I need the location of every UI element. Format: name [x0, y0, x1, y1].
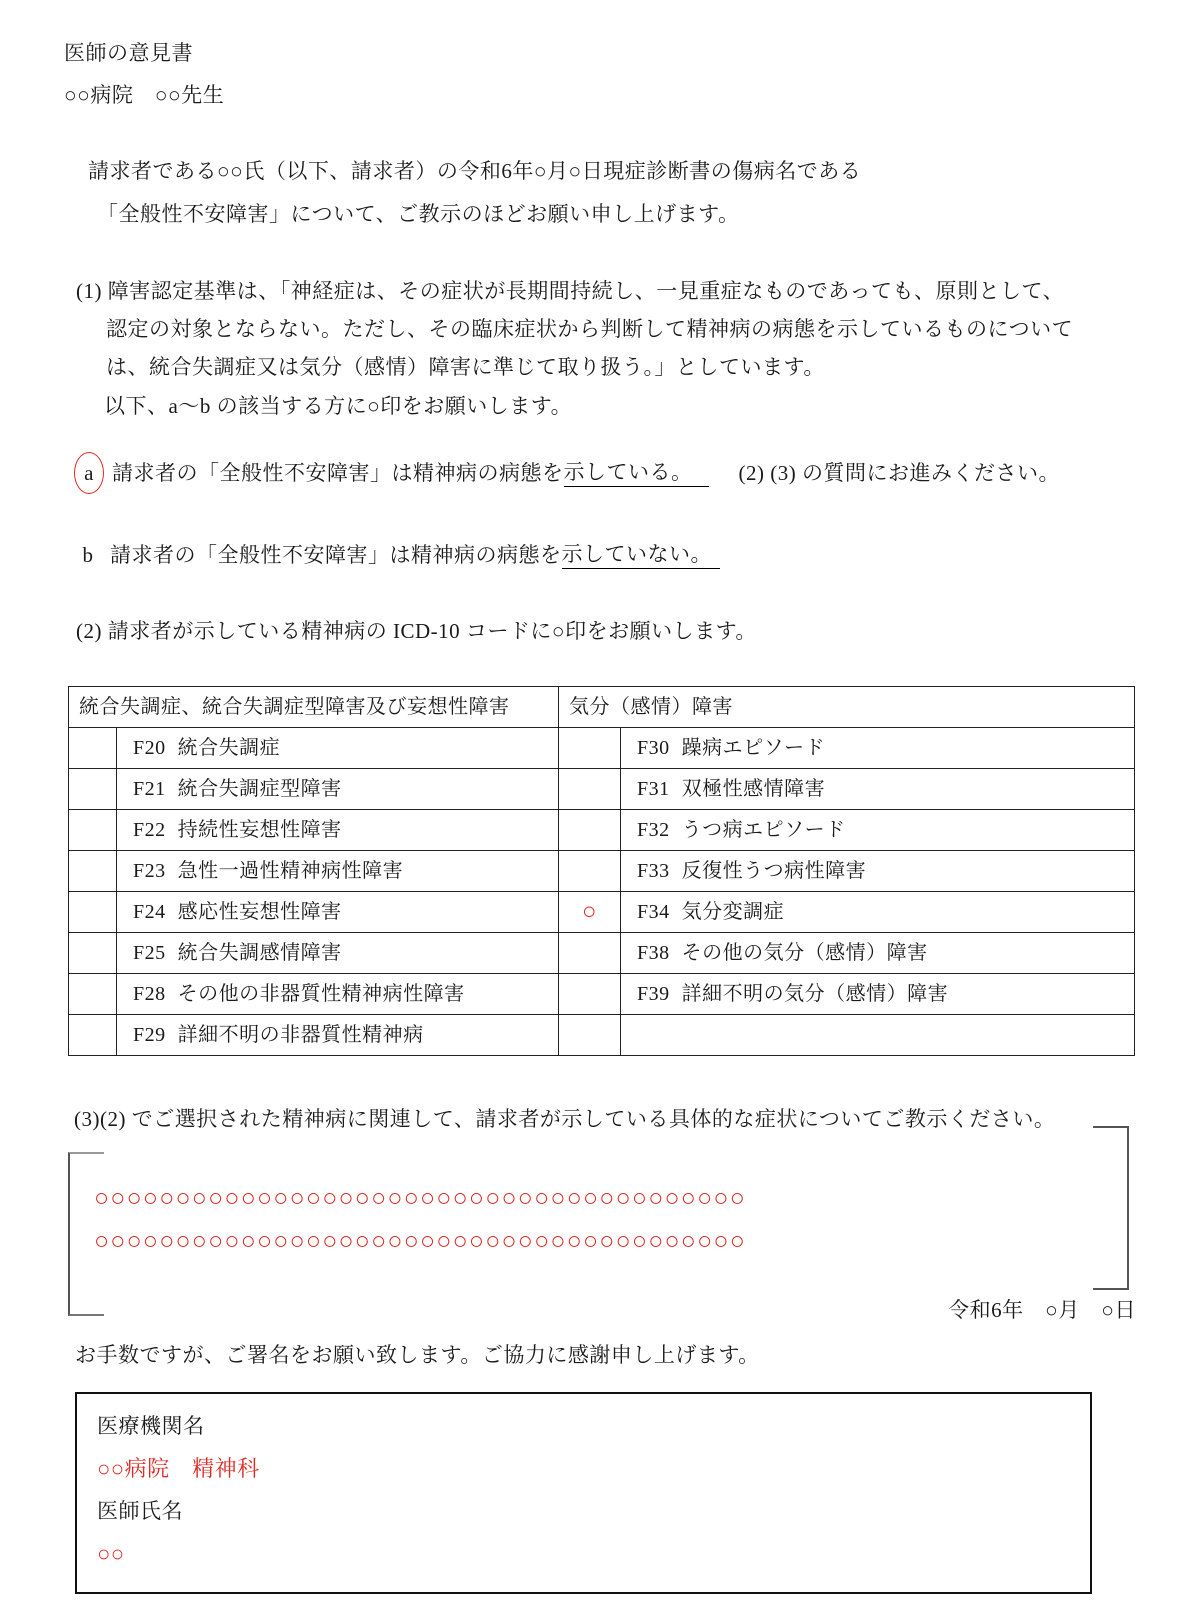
doctor-label: 医師氏名 [97, 1501, 1070, 1522]
page-title: 医師の意見書 [64, 40, 193, 66]
check-cell[interactable] [69, 892, 117, 933]
icd-name: 統合失調症型障害 [178, 778, 342, 800]
org-value[interactable]: ○○病院 精神科 [97, 1458, 1070, 1480]
icd-name: うつ病エピソード [682, 819, 846, 841]
question-3-line: (3)(2) でご選択された精神病に関連して、請求者が示している具体的な症状につ… [74, 1106, 1055, 1132]
question-2-line: (2) 請求者が示している精神病の ICD-10 コードに○印をお願いします。 [76, 618, 757, 644]
icd-name: その他の気分（感情）障害 [682, 942, 928, 964]
check-cell[interactable] [559, 769, 621, 810]
check-cell[interactable] [559, 728, 621, 769]
intro-line-2: 「全般性不安障害」について、ご教示のほどお願い申し上げます。 [97, 201, 739, 227]
answer-placeholder-row-1[interactable]: ○○○○○○○○○○○○○○○○○○○○○○○○○○○○○○○○○○○○○○○○ [94, 1186, 746, 1211]
header-schizophrenia: 統合失調症、統合失調症型障害及び妄想性障害 [69, 687, 559, 728]
check-cell[interactable] [69, 810, 117, 851]
signature-box: 医療機関名 ○○病院 精神科 医師氏名 ○○ [75, 1392, 1092, 1594]
closing-line: お手数ですが、ご署名をお願い致します。ご協力に感謝申し上げます。 [75, 1342, 760, 1368]
org-label: 医療機関名 [97, 1416, 1070, 1437]
icd-code: F20 [133, 736, 166, 761]
icd-code: F24 [133, 900, 166, 925]
question-1-number: (1) [76, 279, 102, 303]
option-a-suffix: (2) (3) の質問にお進みください。 [739, 460, 1060, 486]
icd-name: 急性一過性精神病性障害 [178, 860, 404, 882]
table-row: F22持続性妄想性障害 F32うつ病エピソード [69, 810, 1135, 851]
answer-bracket-right [1093, 1126, 1129, 1290]
check-cell-selected[interactable]: ○ [559, 892, 621, 933]
check-cell[interactable] [559, 974, 621, 1015]
check-cell[interactable] [559, 1015, 621, 1056]
icd-code: F23 [133, 859, 166, 884]
check-cell[interactable] [69, 974, 117, 1015]
icd-name: 詳細不明の気分（感情）障害 [682, 983, 949, 1005]
table-row: F21統合失調症型障害 F31双極性感情障害 [69, 769, 1135, 810]
table-header-row: 統合失調症、統合失調症型障害及び妄想性障害 気分（感情）障害 [69, 687, 1135, 728]
header-mood-disorder: 気分（感情）障害 [559, 687, 1135, 728]
document-page: 医師の意見書 ○○病院 ○○先生 請求者である○○氏（以下、請求者）の令和6年○… [0, 0, 1200, 1617]
option-a-selected-circle-icon[interactable]: a [74, 452, 104, 494]
icd-name: その他の非器質性精神病性障害 [178, 983, 465, 1005]
icd-code: F33 [637, 859, 670, 884]
option-b-row: b 請求者の「全般性不安障害」は精神病の病態を示していない。 [74, 534, 720, 576]
answer-placeholder-row-2[interactable]: ○○○○○○○○○○○○○○○○○○○○○○○○○○○○○○○○○○○○○○○○ [94, 1229, 746, 1254]
icd-code: F39 [637, 982, 670, 1007]
icd-code: F32 [637, 818, 670, 843]
icd-code: F31 [637, 777, 670, 802]
question-1-line-2: 認定の対象とならない。ただし、その臨床症状から判断して精神病の病態を示しているも… [106, 316, 1073, 342]
option-b-text: 請求者の「全般性不安障害」は精神病の病態を [110, 542, 562, 568]
question-1-note: 以下、a～b の該当する方に○印をお願いします。 [104, 393, 572, 419]
icd-code: F29 [133, 1023, 166, 1048]
option-b-underlined: 示していない。 [562, 541, 721, 568]
option-a-letter: a [84, 460, 94, 486]
icd-code: F30 [637, 736, 670, 761]
date-line: 令和6年 ○月 ○日 [948, 1297, 1136, 1323]
icd10-table: 統合失調症、統合失調症型障害及び妄想性障害 気分（感情）障害 F20統合失調症 … [68, 686, 1135, 1056]
check-cell[interactable] [559, 810, 621, 851]
check-cell[interactable] [69, 1015, 117, 1056]
icd-name: 双極性感情障害 [682, 778, 826, 800]
table-row: F29詳細不明の非器質性精神病 [69, 1015, 1135, 1056]
icd-code: F22 [133, 818, 166, 843]
icd-code: F28 [133, 982, 166, 1007]
check-cell[interactable] [559, 851, 621, 892]
icd-name: 統合失調症 [178, 737, 281, 759]
icd-code: F34 [637, 900, 670, 925]
option-b-letter[interactable]: b [74, 542, 102, 568]
check-cell[interactable] [69, 728, 117, 769]
check-cell[interactable] [559, 933, 621, 974]
icd-code: F38 [637, 941, 670, 966]
question-1-line-3: は、統合失調症又は気分（感情）障害に準じて取り扱う。」としています。 [106, 354, 825, 380]
table-row: F20統合失調症 F30躁病エピソード [69, 728, 1135, 769]
icd-name: 持続性妄想性障害 [178, 819, 342, 841]
icd-name: 反復性うつ病性障害 [682, 860, 867, 882]
option-a-text: 請求者の「全般性不安障害」は精神病の病態を [112, 460, 564, 486]
icd-name: 感応性妄想性障害 [178, 901, 342, 923]
check-cell[interactable] [69, 769, 117, 810]
table-row: F24感応性妄想性障害 ○ F34気分変調症 [69, 892, 1135, 933]
option-a-row: a 請求者の「全般性不安障害」は精神病の病態を示している。(2) (3) の質問… [74, 452, 1060, 494]
check-cell[interactable] [69, 851, 117, 892]
addressee-line: ○○病院 ○○先生 [64, 82, 224, 108]
check-cell[interactable] [69, 933, 117, 974]
icd-code: F25 [133, 941, 166, 966]
question-3-number: (3) [74, 1107, 100, 1131]
icd-name: 統合失調感情障害 [178, 942, 342, 964]
question-1-line-1: (1) 障害認定基準は、「神経症は、その症状が長期間持続し、一見重症なものであっ… [76, 278, 1064, 304]
icd-name: 躁病エピソード [682, 737, 826, 759]
table-row: F25統合失調感情障害 F38その他の気分（感情）障害 [69, 933, 1135, 974]
intro-line-1: 請求者である○○氏（以下、請求者）の令和6年○月○日現症診断書の傷病名である [88, 158, 861, 184]
icd-name: 詳細不明の非器質性精神病 [178, 1024, 424, 1046]
doctor-value[interactable]: ○○ [97, 1543, 1070, 1565]
icd-name: 気分変調症 [682, 901, 785, 923]
table-row: F23急性一過性精神病性障害 F33反復性うつ病性障害 [69, 851, 1135, 892]
table-row: F28その他の非器質性精神病性障害 F39詳細不明の気分（感情）障害 [69, 974, 1135, 1015]
option-a-underlined: 示している。 [564, 459, 709, 486]
icd-code: F21 [133, 777, 166, 802]
question-2-number: (2) [76, 619, 102, 643]
